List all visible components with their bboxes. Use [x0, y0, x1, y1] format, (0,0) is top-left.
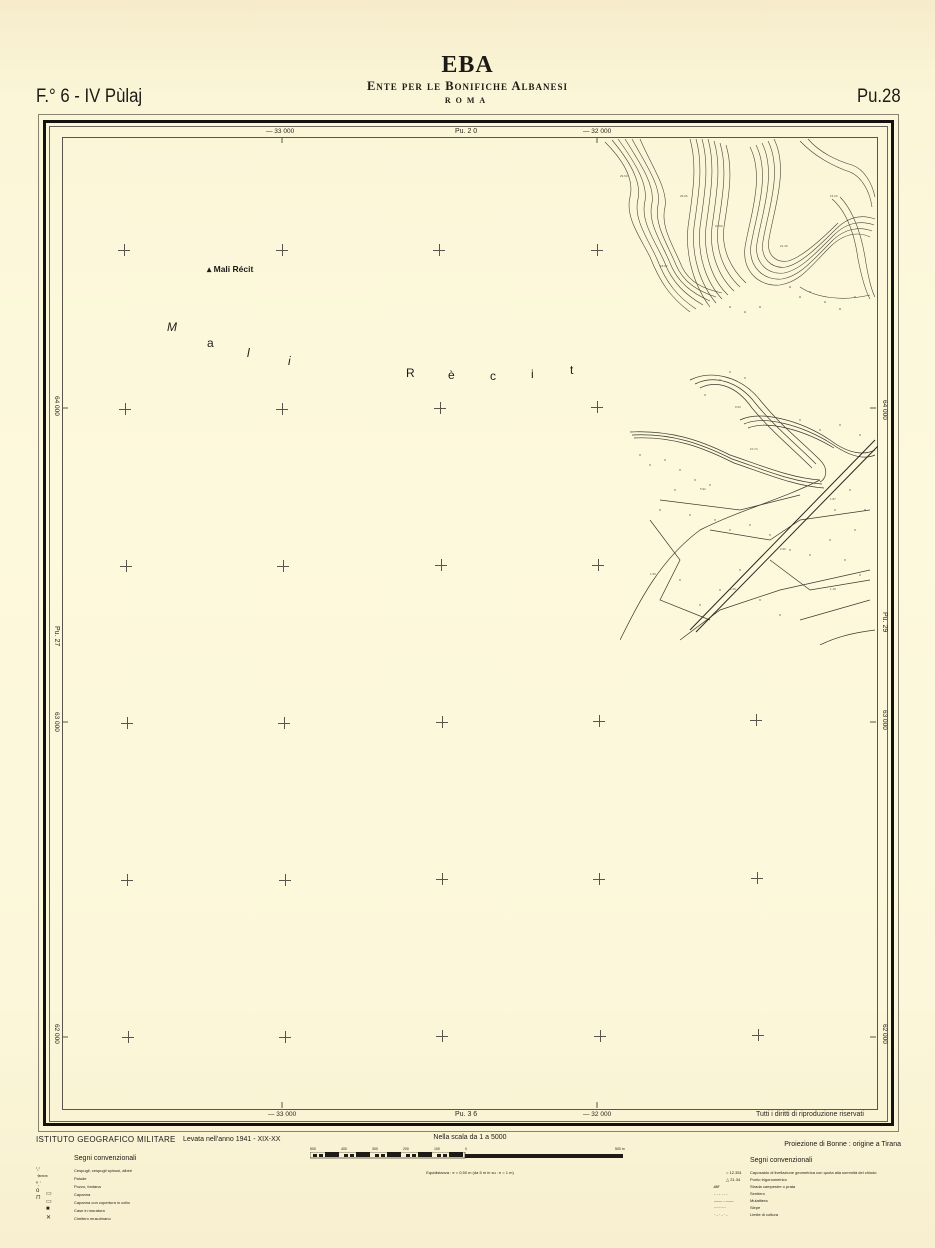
marsh-symbol-icon: ≈≈≈ — [38, 1174, 48, 1180]
scale-tick: 0 — [465, 1147, 467, 1151]
benchmark-symbol-icon: ○ 12.351 — [726, 1170, 742, 1175]
svg-text:29.06: 29.06 — [680, 194, 688, 198]
legend-label: Cespugli, cespugli spinosi, alberi — [74, 1168, 132, 1173]
svg-text:9.52: 9.52 — [735, 405, 741, 409]
well-fountain-symbol-icon: ° o ⊓ — [36, 1182, 41, 1201]
grid-cross — [277, 560, 289, 572]
legend-label: Caposaldo di livellazione geometrica con… — [750, 1170, 877, 1175]
grid-cross — [122, 1031, 134, 1043]
grid-cross — [118, 244, 130, 256]
equidistance-note: Equidistanza : e = 0,50 m (da 5 m in su … — [300, 1170, 640, 1175]
crop-boundary-symbol-icon: · - · - · - — [714, 1212, 728, 1217]
svg-text:2.60: 2.60 — [780, 547, 786, 551]
terrain-area-lower: 9.5210.745.92 2.601.871.29 1.191.50 — [620, 360, 878, 645]
scale-tick: 200 — [403, 1147, 409, 1151]
svg-text:1.50: 1.50 — [650, 572, 656, 576]
legend-label: Mulattiera — [750, 1198, 768, 1203]
scale-tick: 500 m — [615, 1147, 625, 1151]
legend-label: Limite di coltura — [750, 1212, 778, 1217]
grid-cross — [278, 717, 290, 729]
legend-label: Case in muratura — [74, 1208, 105, 1213]
grid-cross — [436, 716, 448, 728]
institute-name: ISTITUTO GEOGRAFICO MILITARE — [36, 1135, 176, 1144]
peak-label-mali-recit: ▴ Mali Récit — [207, 264, 253, 275]
grid-cross — [279, 1031, 291, 1043]
grid-cross — [435, 559, 447, 571]
grid-cross — [751, 872, 763, 884]
grid-cross — [752, 1029, 764, 1041]
range-letter: t — [570, 363, 573, 377]
svg-text:10.74: 10.74 — [750, 447, 758, 451]
range-letter: è — [448, 368, 455, 382]
svg-text:23.60: 23.60 — [715, 224, 723, 228]
grid-cross — [591, 401, 603, 413]
range-letter: a — [207, 336, 214, 350]
grid-cross — [276, 403, 288, 415]
svg-text:18.02: 18.02 — [660, 264, 668, 268]
trig-point-symbol-icon: △ 21.34 — [726, 1177, 740, 1182]
grid-cross — [433, 244, 445, 256]
grid-cross — [121, 874, 133, 886]
hedge-symbol-icon: ┈┈┈┈┈ — [714, 1205, 726, 1210]
projection-note: Proiezione di Bonne : origine a Tirana — [784, 1141, 901, 1148]
grid-cross — [593, 715, 605, 727]
path-symbol-icon: - - - - - - — [714, 1191, 728, 1196]
country-road-symbol-icon: ⁄⁄⁄⁄⁄⁄⁄⁄ — [714, 1184, 719, 1189]
legend-right-title: Segni convenzionali — [750, 1157, 812, 1164]
legend-label: Capanna — [74, 1192, 90, 1197]
range-letter: i — [531, 367, 534, 381]
svg-text:5.92: 5.92 — [700, 487, 706, 491]
scale-tick: 100 — [434, 1147, 440, 1151]
hut-symbol-icon: ▭ — [46, 1190, 52, 1197]
scale-title: Nella scala da 1 a 5000 — [300, 1134, 640, 1141]
legend-label: Strada campestre o prata — [750, 1184, 795, 1189]
grid-cross — [436, 1030, 448, 1042]
legend-label: Pozzo, fontana — [74, 1184, 101, 1189]
mule-track-symbol-icon: —— - —— — [714, 1198, 734, 1203]
range-letter: M — [167, 320, 177, 334]
svg-text:21.40: 21.40 — [780, 244, 788, 248]
range-letter: R — [406, 366, 415, 380]
grid-cross — [434, 402, 446, 414]
grid-cross — [593, 873, 605, 885]
tiled-hut-symbol-icon: ▭ — [46, 1198, 52, 1205]
scale-bar: 500 400 300 200 100 0 500 m — [310, 1147, 625, 1161]
grid-cross — [594, 1030, 606, 1042]
svg-text:1.19: 1.19 — [830, 587, 836, 591]
grid-cross — [119, 403, 131, 415]
range-letter: l — [247, 346, 250, 360]
masonry-house-symbol-icon: ■ — [46, 1206, 50, 1212]
grid-cross — [121, 717, 133, 729]
grid-cross — [120, 560, 132, 572]
scale-bar-graphic — [310, 1152, 625, 1160]
survey-year: Levata nell'anno 1941 - XIX-XX — [183, 1136, 280, 1143]
scale-tick: 300 — [372, 1147, 378, 1151]
grid-cross — [592, 559, 604, 571]
grid-cross — [279, 874, 291, 886]
svg-text:29.60: 29.60 — [620, 174, 628, 178]
contour-area-upper: 29.6029.0623.60 21.4015.2018.02 — [600, 137, 876, 327]
legend-label: Punto trigonometrico — [750, 1177, 787, 1182]
legend-label: Palude — [74, 1176, 86, 1181]
grid-cross — [436, 873, 448, 885]
legend-label: Capanna con copertura in cotto — [74, 1200, 130, 1205]
svg-text:1.87: 1.87 — [830, 497, 836, 501]
grid-cross — [750, 714, 762, 726]
scale-tick: 500 — [310, 1147, 316, 1151]
legend-left-title: Segni convenzionali — [74, 1155, 136, 1162]
svg-text:1.29: 1.29 — [730, 587, 736, 591]
legend-label: Siepe — [750, 1205, 760, 1210]
range-letter: c — [490, 369, 496, 383]
svg-text:15.20: 15.20 — [830, 194, 838, 198]
legend-label: Cimitero musulmano — [74, 1216, 111, 1221]
cemetery-symbol-icon: ✕ — [46, 1214, 51, 1221]
scale-tick: 400 — [341, 1147, 347, 1151]
range-letter: i — [288, 354, 291, 368]
legend-label: Sentiero — [750, 1191, 765, 1196]
grid-cross — [276, 244, 288, 256]
